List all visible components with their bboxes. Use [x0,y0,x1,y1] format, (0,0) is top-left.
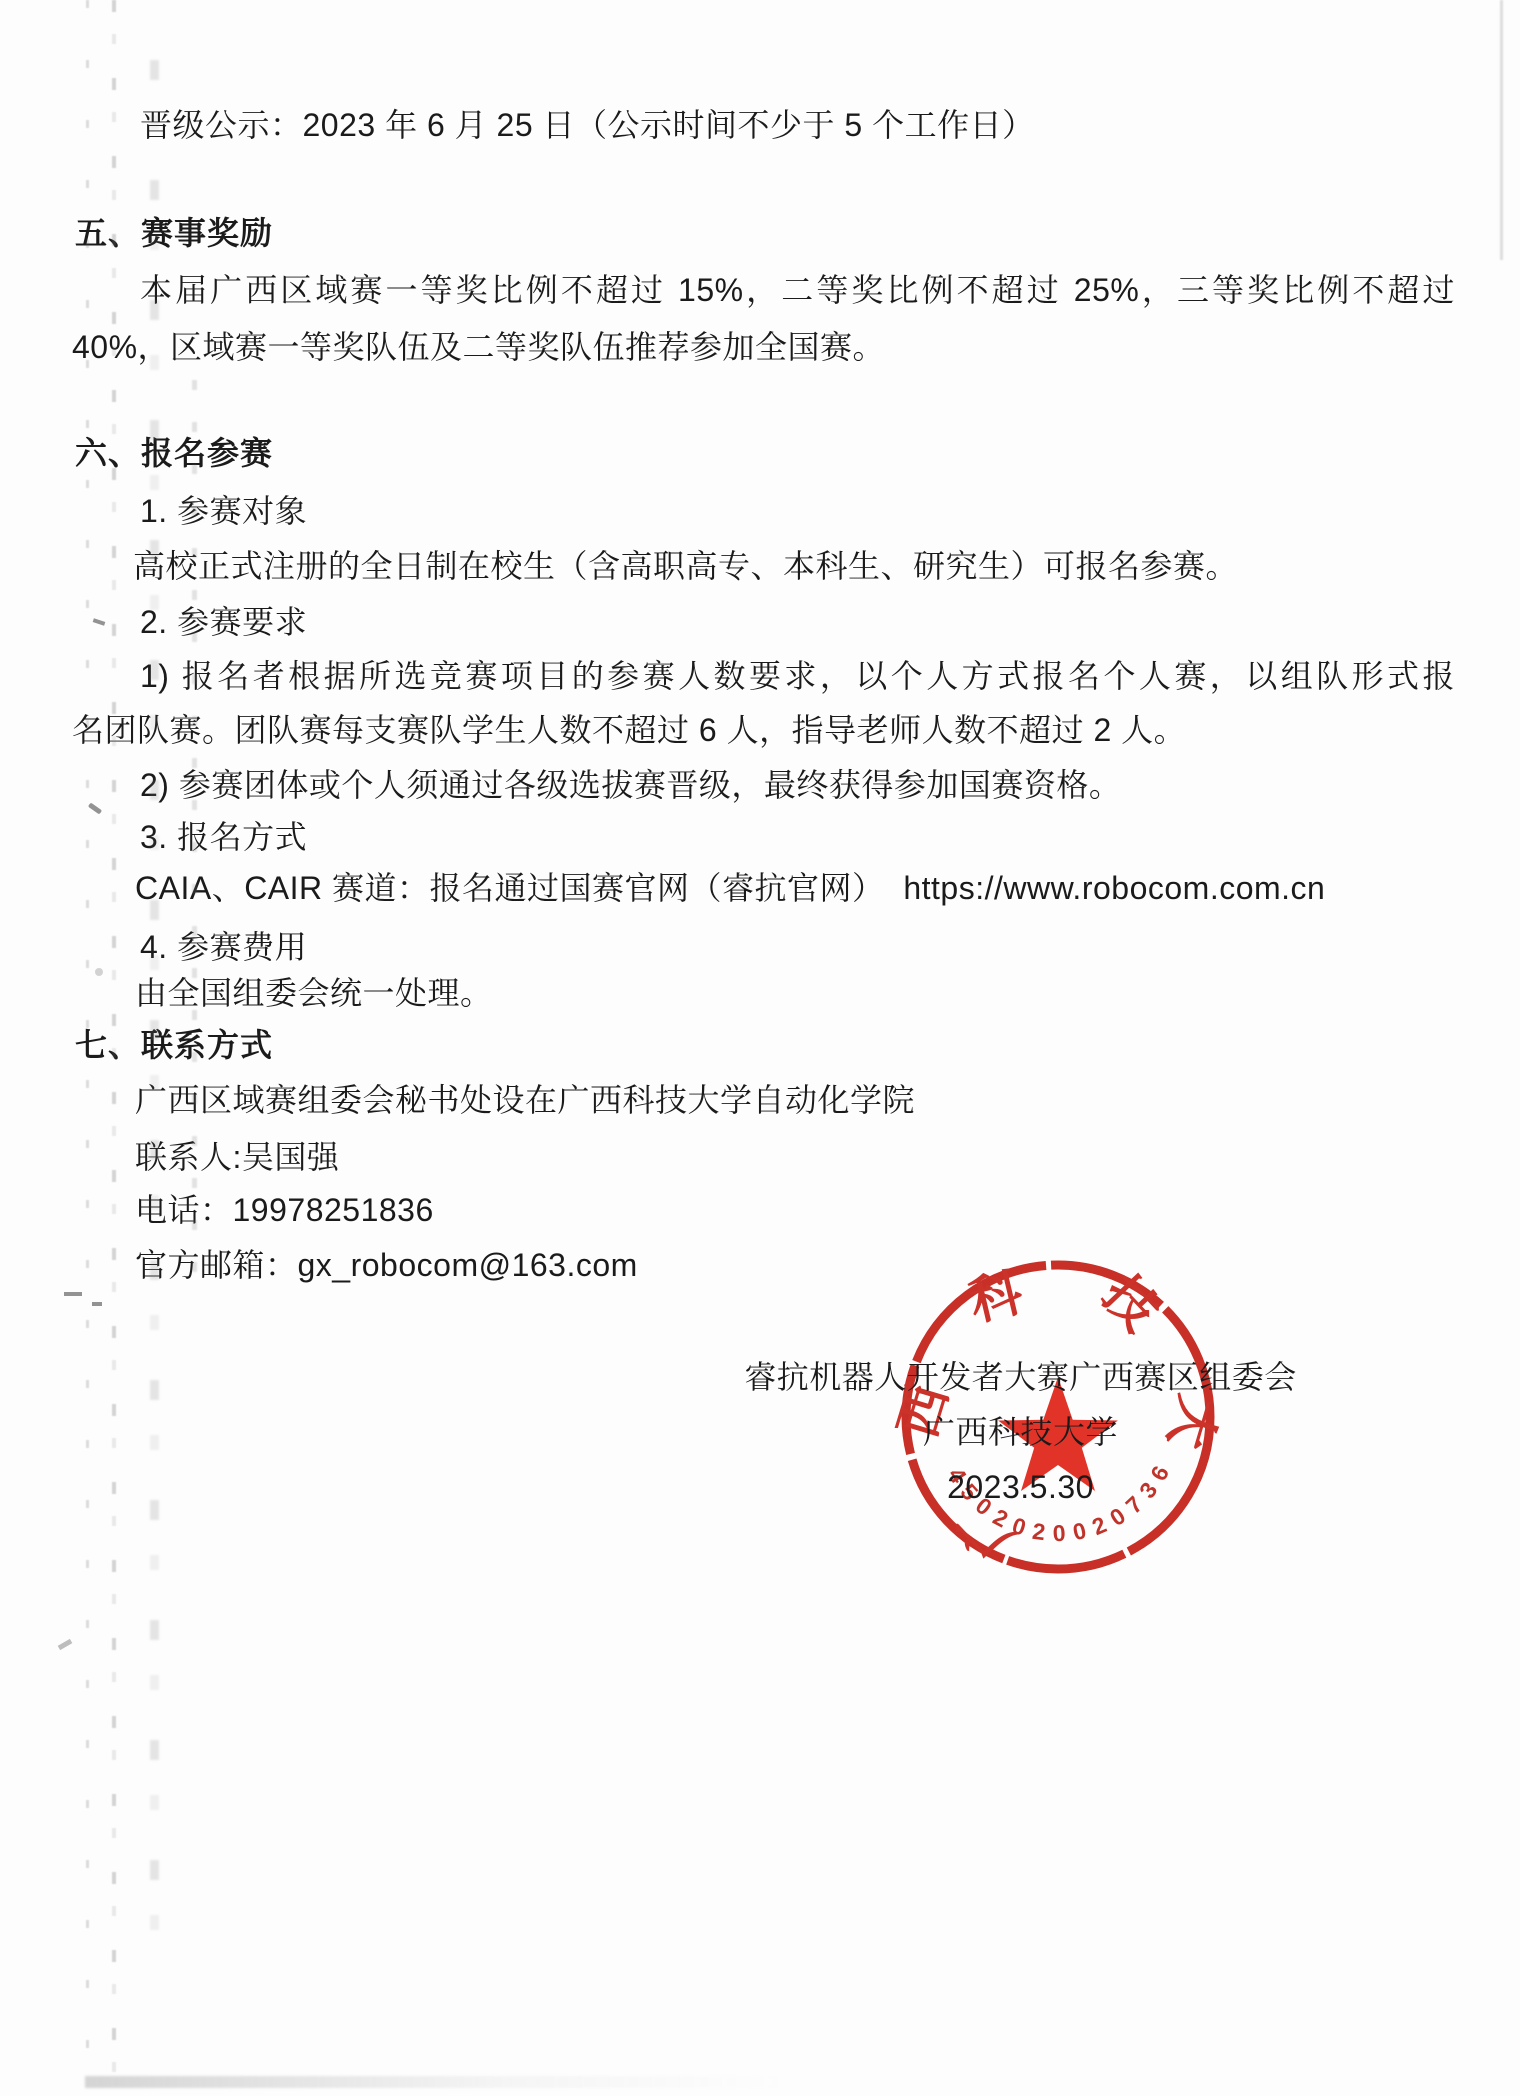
para-awards-2: 40%，区域赛一等奖队伍及二等奖队伍推荐参加全国赛。 [72,325,885,371]
para-method-url: CAIA、CAIR 赛道：报名通过国赛官网（睿抗官网） https://www.… [135,866,1325,912]
scan-artifact-smudge [85,2076,785,2088]
para-requirement-1a: 1) 报名者根据所选竞赛项目的参赛人数要求，以个人方式报名个人赛，以组队形式报 [74,654,1455,700]
para-awards-1: 本届广西区域赛一等奖比例不超过 15%，二等奖比例不超过 25%，三等奖比例不超… [74,268,1455,314]
line-promotion-notice: 晋级公示：2023 年 6 月 25 日（公示时间不少于 5 个工作日） [140,103,1035,149]
para-phone: 电话：19978251836 [135,1188,434,1234]
signature-date: 2023.5.30 [738,1460,1303,1515]
scan-artifact-mark [95,968,103,976]
para-contact-person: 联系人:吴国强 [135,1135,339,1181]
para-requirement-2: 2) 参赛团体或个人须通过各级选拔赛晋级，最终获得参加国赛资格。 [140,763,1121,809]
para-fee: 由全国组委会统一处理。 [135,971,493,1017]
para-requirement-1b: 名团队赛。团队赛每支赛队学生人数不超过 6 人，指导老师人数不超过 2 人。 [72,708,1186,754]
signature-university: 广西科技大学 [738,1405,1303,1460]
scan-artifact-mark [88,802,102,814]
item-3-method: 3. 报名方式 [140,815,307,861]
item-4-fee: 4. 参赛费用 [140,925,307,971]
scan-artifact-mark [58,1639,73,1650]
signature-committee: 睿抗机器人开发者大赛广西赛区组委会 [738,1350,1303,1405]
heading-section-6-registration: 六、报名参赛 [75,431,273,477]
heading-section-7-contact: 七、联系方式 [75,1023,273,1069]
para-email: 官方邮箱：gx_robocom@163.com [135,1243,638,1289]
item-1-participants: 1. 参赛对象 [140,489,307,535]
scan-artifact-edge [1500,0,1503,260]
para-secretariat: 广西区域赛组委会秘书处设在广西科技大学自动化学院 [135,1078,915,1124]
scan-artifact-mark [93,618,106,626]
scan-artifact-mark [64,1292,82,1296]
para-eligibility: 高校正式注册的全日制在校生（含高职高专、本科生、研究生）可报名参赛。 [133,544,1238,590]
item-2-requirements: 2. 参赛要求 [140,600,307,646]
scanned-document-page: 晋级公示：2023 年 6 月 25 日（公示时间不少于 5 个工作日） 五、赛… [0,0,1520,2096]
scan-artifact-mark [92,1302,102,1306]
heading-section-5-awards: 五、赛事奖励 [75,211,273,257]
signature-block: 睿抗机器人开发者大赛广西赛区组委会 广西科技大学 2023.5.30 [738,1350,1303,1515]
